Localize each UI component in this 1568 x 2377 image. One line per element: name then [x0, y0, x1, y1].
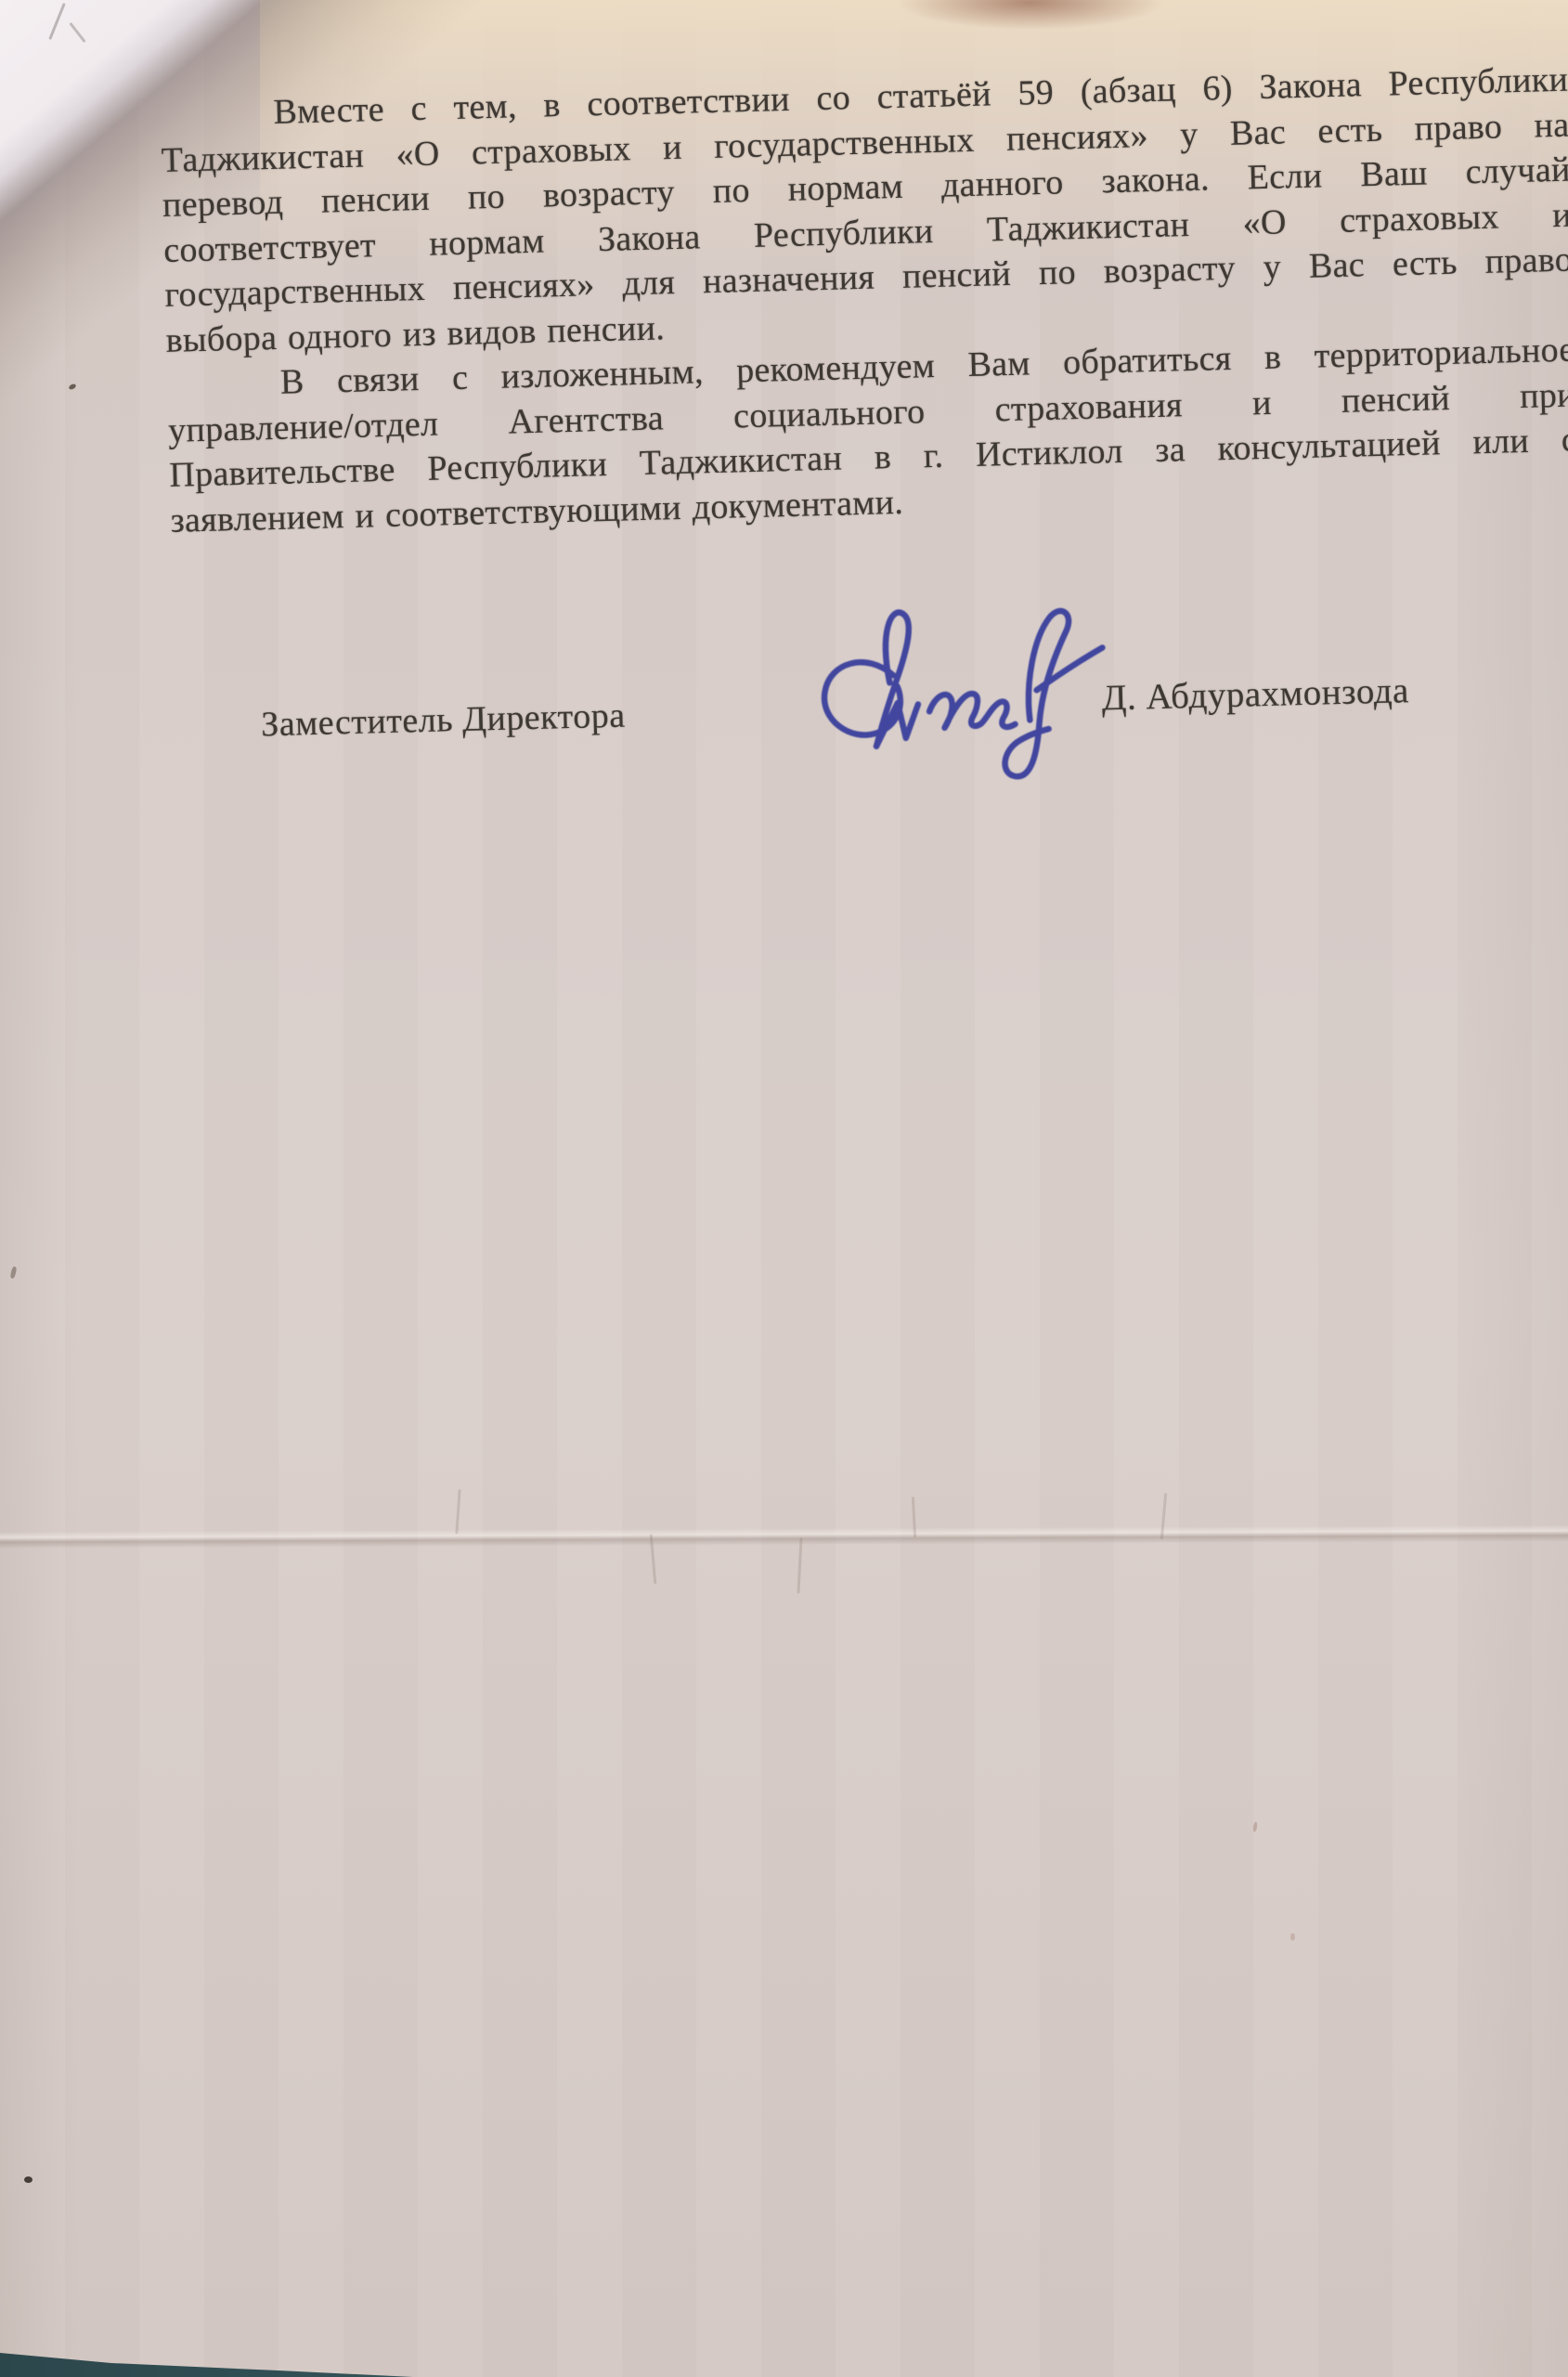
- paper-speck: [1290, 1933, 1295, 1941]
- finger-shadow: [854, 0, 1207, 39]
- signature-block: Заместитель Директора Д. Абдурахмонзода: [175, 670, 1568, 845]
- fold-crease: [0, 1525, 1568, 1548]
- paper-speck: [24, 2176, 32, 2183]
- crease-nick: [1160, 1493, 1167, 1539]
- document-photo: Вместе с тем, в соответствии со статьёй …: [0, 0, 1568, 2377]
- signatory-name: Д. Абдурахмонзода: [1101, 669, 1409, 719]
- paper-speck: [1252, 1822, 1258, 1832]
- letter-body: Вместе с тем, в соответствии со статьёй …: [160, 58, 1568, 846]
- crease-nick: [797, 1538, 802, 1593]
- signature-ink: [806, 588, 1110, 811]
- signatory-title: Заместитель Директора: [261, 695, 626, 746]
- pencil-mark: [69, 22, 85, 43]
- paper-speck: [10, 1266, 18, 1279]
- crease-nick: [650, 1534, 657, 1584]
- crease-nick: [912, 1497, 916, 1538]
- paper-speck: [68, 383, 76, 390]
- crease-nick: [455, 1489, 460, 1534]
- pencil-mark: [48, 3, 66, 40]
